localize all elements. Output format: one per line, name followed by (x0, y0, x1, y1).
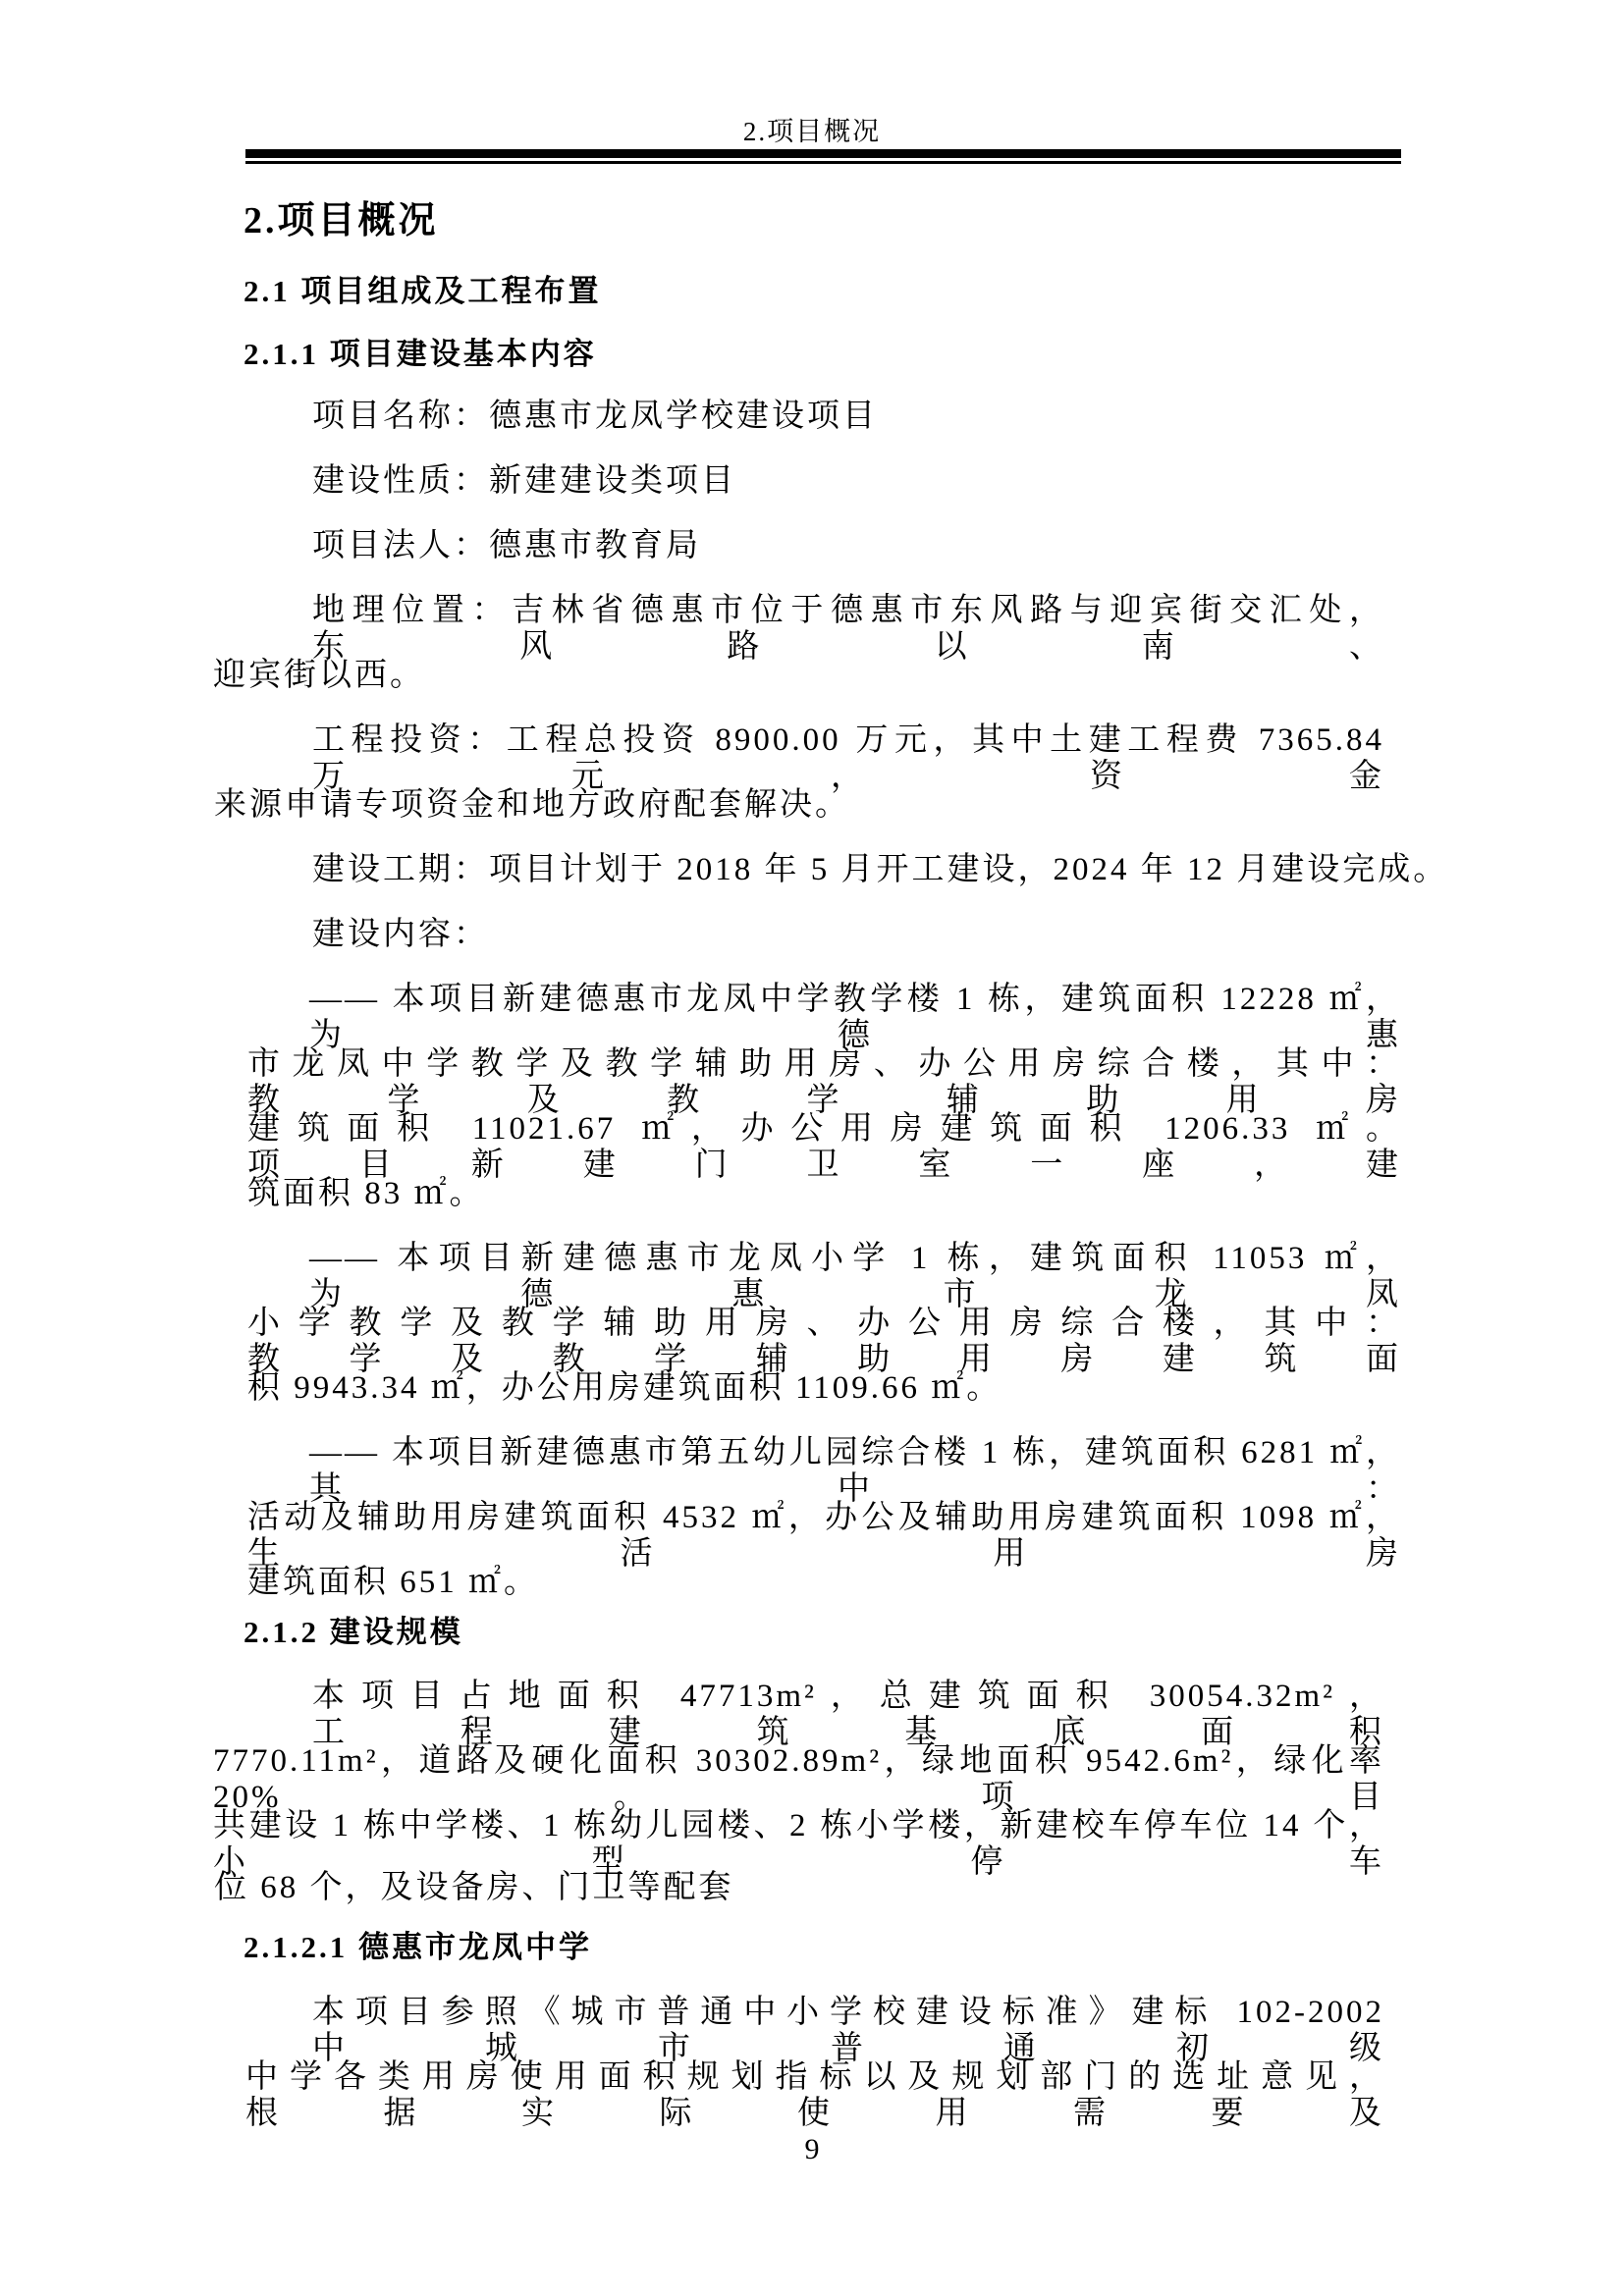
body-line: 建设内容： (312, 917, 489, 953)
header-rule-thin (245, 161, 1401, 164)
body-line: 地理位置：吉林省德惠市位于德惠市东风路与迎宾街交汇处，东风路以南、 (312, 593, 1384, 666)
section-heading-2-1-2: 2.1.2 建设规模 (244, 1616, 463, 1649)
body-line: 来源申请专项资金和地方政府配套解决。 (214, 787, 850, 824)
body-line: 中学各类用房使用面积规划指标以及规划部门的选址意见，根据实际使用需要及 (245, 2059, 1384, 2132)
body-line: 建设性质：新建建设类项目 (312, 463, 736, 500)
body-line: —— 本项目新建德惠市龙凤中学教学楼 1 栋，建筑面积 12228 ㎡，为德惠 (309, 982, 1401, 1054)
body-line: —— 本项目新建德惠市龙凤小学 1 栋，建筑面积 11053 ㎡，为德惠市龙凤 (309, 1241, 1401, 1313)
body-line: 建筑面积 11021.67 ㎡，办公用房建筑面积 1206.33 ㎡。项目新建门… (247, 1111, 1401, 1184)
body-line: 筑面积 83 ㎡。 (247, 1176, 485, 1212)
body-line: 小学教学及教学辅助用房、办公用房综合楼，其中：教学及教学辅助用房建筑面 (247, 1306, 1401, 1378)
section-heading-2-1: 2.1 项目组成及工程布置 (244, 275, 602, 308)
body-line: 本项目参照《城市普通中小学校建设标准》建标 102-2002 中城市普通初级 (312, 1995, 1384, 2067)
body-line: 位 68 个，及设备房、门卫等配套 (214, 1870, 734, 1906)
body-line: 市龙凤中学教学及教学辅助用房、办公用房综合楼，其中：教学及教学辅助用房 (247, 1046, 1401, 1119)
document-page: 2.项目概况 2.项目概况 2.1 项目组成及工程布置 2.1.1 项目建设基本… (0, 0, 1624, 2296)
body-line: 建设工期：项目计划于 2018 年 5 月开工建设，2024 年 12 月建设完… (312, 852, 1448, 888)
section-heading-2-1-1: 2.1.1 项目建设基本内容 (244, 338, 597, 371)
section-heading-2: 2.项目概况 (244, 201, 439, 240)
body-line: —— 本项目新建德惠市第五幼儿园综合楼 1 栋，建筑面积 6281 ㎡，其中： (309, 1435, 1401, 1508)
body-line: 项目名称：德惠市龙凤学校建设项目 (312, 399, 878, 435)
header-rule-thick (245, 149, 1401, 158)
body-line: 活动及辅助用房建筑面积 4532 ㎡，办公及辅助用房建筑面积 1098 ㎡，生活… (247, 1500, 1401, 1573)
body-line: 迎宾街以西。 (213, 658, 425, 694)
body-line: 项目法人：德惠市教育局 (312, 528, 701, 564)
page-number: 9 (0, 2133, 1624, 2166)
body-line: 7770.11m²，道路及硬化面积 30302.89m²，绿地面积 9542.6… (213, 1743, 1384, 1816)
body-line: 积 9943.34 ㎡，办公用房建筑面积 1109.66 ㎡。 (247, 1370, 1001, 1407)
body-line: 本项目占地面积 47713m²，总建筑面积 30054.32m²，工程建筑基底面… (312, 1679, 1384, 1751)
running-header: 2.项目概况 (0, 116, 1624, 147)
body-line: 工程投资：工程总投资 8900.00 万元，其中土建工程费 7365.84 万元… (312, 722, 1384, 795)
section-heading-2-1-2-1: 2.1.2.1 德惠市龙凤中学 (244, 1931, 592, 1964)
body-line: 建筑面积 651 ㎡。 (247, 1565, 539, 1601)
